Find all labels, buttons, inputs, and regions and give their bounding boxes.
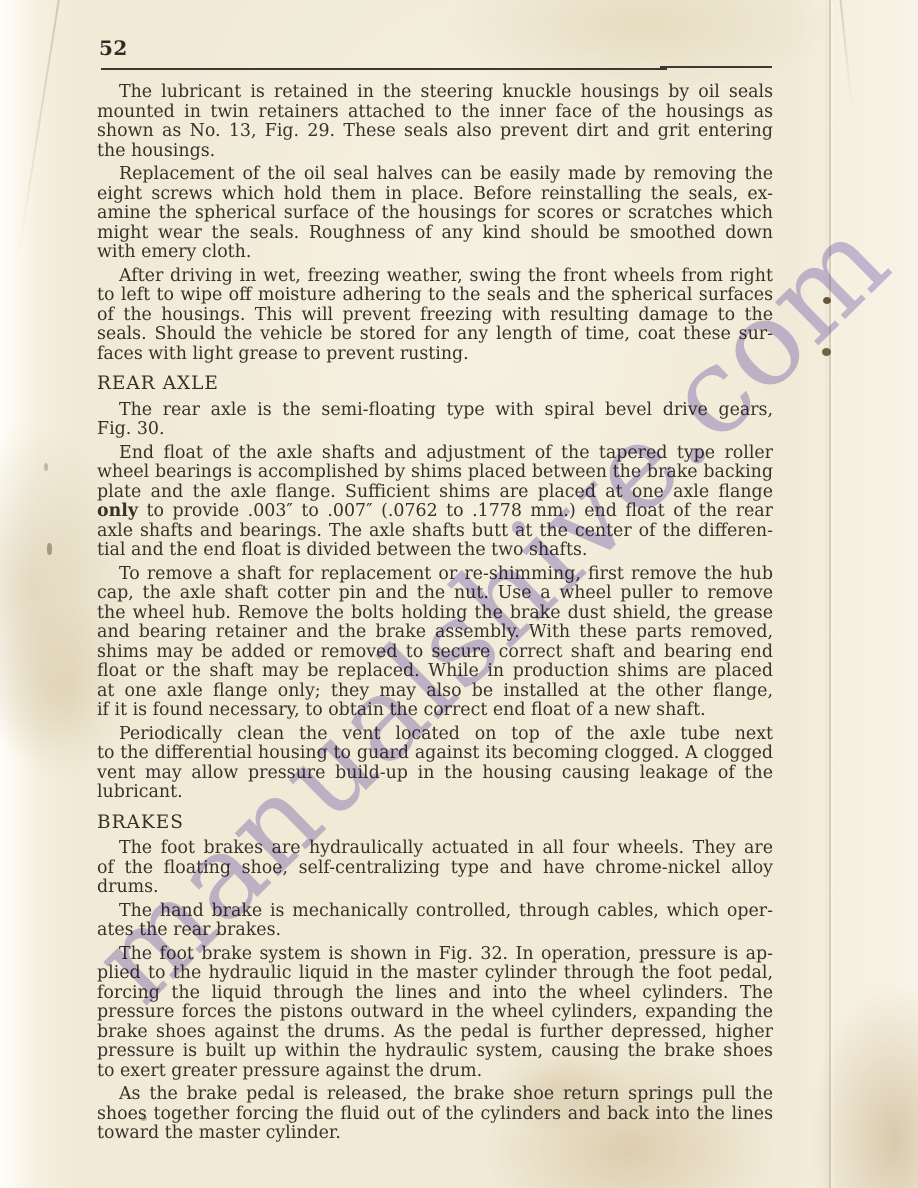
screenshot-root: { "page": { "number": "52", "watermark_t…: [0, 0, 918, 1188]
text-line: faces with light grease to prevent rusti…: [97, 345, 773, 365]
text-line: After driving in wet, freezing weather, …: [97, 267, 773, 287]
text-line: axle shafts and bearings. The axle shaft…: [97, 522, 773, 542]
text-line: eight screws which hold them in place. B…: [97, 185, 773, 205]
paper-speck: [823, 297, 831, 304]
paragraph: Periodically clean the vent located on t…: [97, 725, 773, 803]
text-line: of the floating shoe, self-centralizing …: [97, 859, 773, 879]
paper-speck: [44, 463, 48, 471]
text-line: forcing the liquid through the lines and…: [97, 984, 773, 1004]
text-line: End float of the axle shafts and adjustm…: [97, 444, 773, 464]
text-line: wheel bearings is accomplished by shims …: [97, 463, 773, 483]
text-line: The lubricant is retained in the steerin…: [97, 83, 773, 103]
text-line: ates the rear brakes.: [97, 921, 773, 941]
paper-fold-line: [829, 0, 831, 1188]
paragraph: The rear axle is the semi-floating type …: [97, 401, 773, 440]
text-line: Fig. 30.: [97, 420, 773, 440]
text-line: pressure forces the pistons outward in t…: [97, 1003, 773, 1023]
header-rule-segment: [660, 66, 772, 68]
text-line: seals. Should the vehicle be stored for …: [97, 325, 773, 345]
paper-crease-left: [17, 0, 61, 258]
text-line: brake shoes against the drums. As the pe…: [97, 1023, 773, 1043]
paragraph: End float of the axle shafts and adjustm…: [97, 444, 773, 561]
paper-speck: [47, 543, 52, 555]
paragraph: The lubricant is retained in the steerin…: [97, 83, 773, 161]
paragraph: To remove a shaft for replacement or re-…: [97, 565, 773, 721]
text-line: The foot brake system is shown in Fig. 3…: [97, 945, 773, 965]
paper-speck: [822, 348, 831, 356]
text-line: might wear the seals. Roughness of any k…: [97, 224, 773, 244]
paragraph: The hand brake is mechanically controlle…: [97, 902, 773, 941]
header-rule: [101, 68, 667, 70]
text-line: shown as No. 13, Fig. 29. These seals al…: [97, 122, 773, 142]
text-line: to the differential housing to guard aga…: [97, 744, 773, 764]
text-line: toward the master cylinder.: [97, 1124, 773, 1144]
section-heading: BRAKES: [97, 813, 773, 833]
text-line: the housings.: [97, 142, 773, 162]
text-line: pressure is built up within the hydrauli…: [97, 1042, 773, 1062]
paragraph: The foot brakes are hydraulically actuat…: [97, 839, 773, 898]
text-line: The hand brake is mechanically controlle…: [97, 902, 773, 922]
paragraph: Replacement of the oil seal halves can b…: [97, 165, 773, 263]
paragraph: As the brake pedal is released, the brak…: [97, 1085, 773, 1144]
text-line: drums.: [97, 878, 773, 898]
section-heading: REAR AXLE: [97, 374, 773, 394]
text-line: to exert greater pressure against the dr…: [97, 1062, 773, 1082]
text-line: Periodically clean the vent located on t…: [97, 725, 773, 745]
text-line: shoes together forcing the fluid out of …: [97, 1105, 773, 1125]
text-line: plate and the axle flange. Sufficient sh…: [97, 483, 773, 503]
text-line: and bearing retainer and the brake assem…: [97, 623, 773, 643]
text-line: of the housings. This will prevent freez…: [97, 306, 773, 326]
paper-crease-top-right: [839, 0, 854, 112]
text-line: if it is found necessary, to obtain the …: [97, 701, 773, 721]
text-line: As the brake pedal is released, the brak…: [97, 1085, 773, 1105]
text-line: cap, the axle shaft cotter pin and the n…: [97, 584, 773, 604]
text-line: The foot brakes are hydraulically actuat…: [97, 839, 773, 859]
page-number: 52: [99, 36, 128, 60]
text-line: the wheel hub. Remove the bolts holding …: [97, 604, 773, 624]
text-line: lubricant.: [97, 783, 773, 803]
text-line: to left to wipe off moisture adhering to…: [97, 286, 773, 306]
text-line: amine the spherical surface of the housi…: [97, 204, 773, 224]
text-line: mounted in twin retainers attached to th…: [97, 103, 773, 123]
text-line: vent may allow pressure build-up in the …: [97, 764, 773, 784]
text-line: Replacement of the oil seal halves can b…: [97, 165, 773, 185]
scanned-manual-page: 52 The lubricant is retained in the stee…: [0, 0, 918, 1188]
text-line: tial and the end float is divided betwee…: [97, 541, 773, 561]
text-line: To remove a shaft for replacement or re-…: [97, 565, 773, 585]
body-text-column: The lubricant is retained in the steerin…: [97, 83, 773, 1144]
text-line: shims may be added or removed to secure …: [97, 643, 773, 663]
text-line: The rear axle is the semi-floating type …: [97, 401, 773, 421]
text-line: plied to the hydraulic liquid in the mas…: [97, 964, 773, 984]
text-line: with emery cloth.: [97, 243, 773, 263]
paragraph: After driving in wet, freezing weather, …: [97, 267, 773, 365]
paragraph: The foot brake system is shown in Fig. 3…: [97, 945, 773, 1082]
text-line: float or the shaft may be replaced. Whil…: [97, 662, 773, 682]
text-line: at one axle flange only; they may also b…: [97, 682, 773, 702]
text-line: only to provide .003″ to .007″ (.0762 to…: [97, 502, 773, 522]
